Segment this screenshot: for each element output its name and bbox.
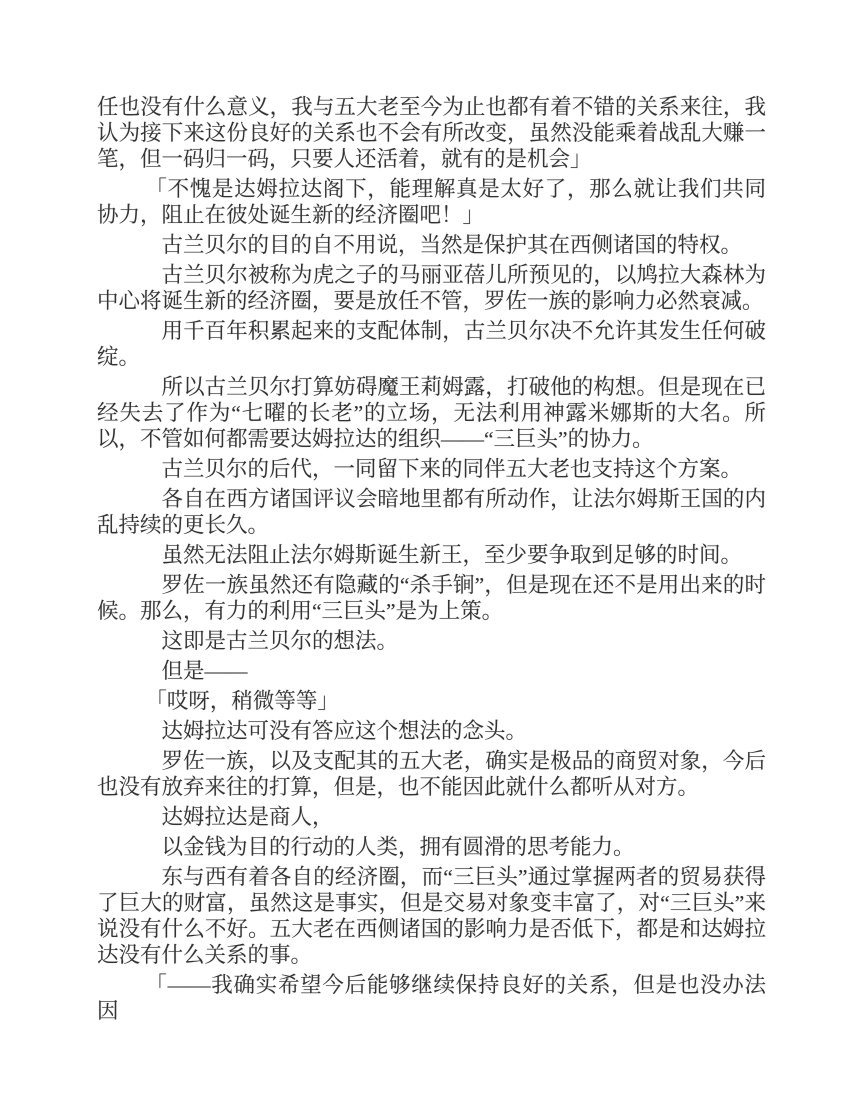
paragraph: 虽然无法阻止法尔姆斯诞生新王，至少要争取到足够的时间。 xyxy=(97,542,766,568)
scanned-page: 任也没有什么意义，我与五大老至今为止也都有着不错的关系来往，我认为接下来这份良好… xyxy=(0,0,850,1100)
paragraph-dialogue: 「不愧是达姆拉达阁下，能理解真是太好了，那么就让我们共同协力，阻止在彼处诞生新的… xyxy=(97,176,766,228)
paragraph: 但是—— xyxy=(97,658,766,684)
paragraph: 罗佐一族，以及支配其的五大老，确实是极品的商贸对象，今后也没有放弃来往的打算，但… xyxy=(97,748,766,800)
paragraph: 以金钱为目的行动的人类，拥有圆滑的思考能力。 xyxy=(97,834,766,860)
novel-text-block: 任也没有什么意义，我与五大老至今为止也都有着不错的关系来往，我认为接下来这份良好… xyxy=(97,94,766,1028)
document-page: { "page": { "background_color": "#ffffff… xyxy=(0,0,850,1100)
paragraph: 各自在西方诸国评议会暗地里都有所动作，让法尔姆斯王国的内乱持续的更长久。 xyxy=(97,486,766,538)
paragraph: 东与西有着各自的经济圈，而“三巨头”通过掌握两者的贸易获得了巨大的财富，虽然这是… xyxy=(97,864,766,968)
paragraph: 这即是古兰贝尔的想法。 xyxy=(97,628,766,654)
paragraph: 古兰贝尔被称为虎之子的马丽亚蓓儿所预见的，以鸠拉大森林为中心将诞生新的经济圈，要… xyxy=(97,262,766,314)
paragraph-dialogue: 「哎呀，稍微等等」 xyxy=(97,688,766,714)
paragraph-dialogue: 「——我确实希望今后能够继续保持良好的关系，但是也没办法因 xyxy=(97,972,766,1024)
paragraph: 达姆拉达是商人， xyxy=(97,804,766,830)
paragraph: 任也没有什么意义，我与五大老至今为止也都有着不错的关系来往，我认为接下来这份良好… xyxy=(97,94,766,172)
paragraph: 达姆拉达可没有答应这个想法的念头。 xyxy=(97,718,766,744)
paragraph: 古兰贝尔的后代，一同留下来的同伴五大老也支持这个方案。 xyxy=(97,456,766,482)
paragraph: 用千百年积累起来的支配体制，古兰贝尔决不允许其发生任何破绽。 xyxy=(97,318,766,370)
paragraph: 古兰贝尔的目的自不用说，当然是保护其在西侧诸国的特权。 xyxy=(97,232,766,258)
paragraph: 所以古兰贝尔打算妨碍魔王莉姆露，打破他的构想。但是现在已经失去了作为“七曜的长老… xyxy=(97,374,766,452)
paragraph: 罗佐一族虽然还有隐藏的“杀手锏”，但是现在还不是用出来的时候。那么，有力的利用“… xyxy=(97,572,766,624)
